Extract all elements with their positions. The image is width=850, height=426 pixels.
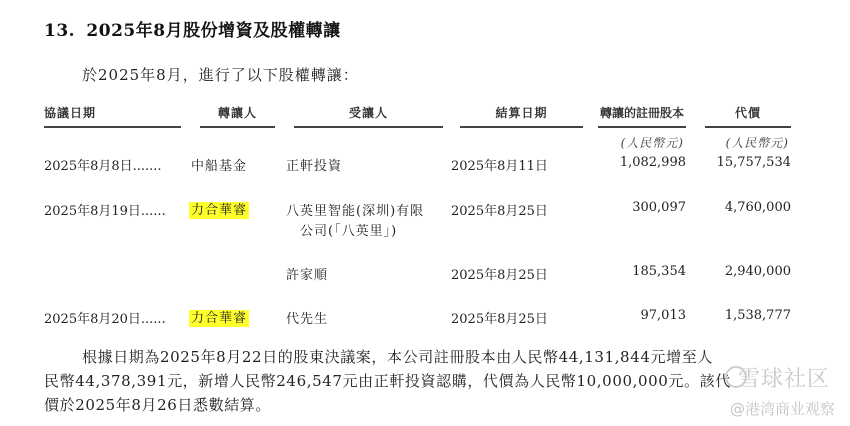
header-transferee: 受讓人 bbox=[294, 104, 443, 121]
watermark-brand: 雪球社区 bbox=[738, 362, 830, 393]
cell-capital: 185,354 bbox=[586, 264, 686, 279]
cell-settlement: 2025年8月25日 bbox=[451, 264, 548, 283]
header-rule bbox=[44, 126, 181, 128]
cell-transferee: 許家順 bbox=[286, 264, 328, 283]
cell-date: 2025年8月19日...... bbox=[44, 200, 166, 219]
cell-transferee: 正軒投資 bbox=[286, 155, 342, 174]
cell-transferor: 中船基金 bbox=[191, 155, 247, 174]
cell-settlement: 2025年8月25日 bbox=[451, 200, 548, 219]
cell-consideration: 4,760,000 bbox=[691, 200, 791, 215]
watermark-handle: @港湾商业观察 bbox=[730, 398, 835, 419]
cell-settlement: 2025年8月11日 bbox=[451, 155, 548, 174]
header-settlement-date: 結算日期 bbox=[460, 104, 583, 121]
cell-consideration: 15,757,534 bbox=[691, 155, 791, 170]
intro-text: 於2025年8月，進行了以下股權轉讓： bbox=[82, 64, 359, 85]
header-consideration: 代價 bbox=[705, 104, 791, 121]
cell-date: 2025年8月20日...... bbox=[44, 308, 166, 327]
cell-capital: 1,082,998 bbox=[586, 155, 686, 170]
paragraph-line-1: 根據日期為2025年8月22日的股東決議案，本公司註冊股本由人民幣44,131,… bbox=[82, 346, 713, 367]
section-title: 13. 2025年8月股份增資及股權轉讓 bbox=[44, 16, 341, 41]
unit-capital: (人民幣元) bbox=[598, 134, 684, 151]
header-agreement-date: 協議日期 bbox=[44, 104, 181, 121]
header-registered-capital: 轉讓的註冊股本 bbox=[598, 104, 686, 121]
header-rule bbox=[294, 126, 443, 128]
paragraph-line-2: 民幣44,378,391元，新增人民幣246,547元由正軒投資認購，代價為人民… bbox=[44, 370, 731, 391]
cell-transferee: 代先生 bbox=[286, 308, 328, 327]
cell-consideration: 1,538,777 bbox=[691, 308, 791, 323]
cell-transferor-highlighted: 力合華睿 bbox=[189, 310, 249, 327]
cell-transferee-line2: 公司(「八英里」) bbox=[300, 220, 397, 239]
cell-settlement: 2025年8月25日 bbox=[451, 308, 548, 327]
cell-capital: 97,013 bbox=[586, 308, 686, 323]
header-transferor: 轉讓人 bbox=[200, 104, 275, 121]
cell-transferor-highlighted: 力合華睿 bbox=[189, 202, 249, 219]
header-rule bbox=[705, 126, 791, 128]
paragraph-line-3: 價於2025年8月26日悉數結算。 bbox=[44, 394, 271, 415]
cell-capital: 300,097 bbox=[586, 200, 686, 215]
cell-transferee: 八英里智能(深圳)有限 bbox=[286, 200, 424, 219]
cell-consideration: 2,940,000 bbox=[691, 264, 791, 279]
header-rule bbox=[200, 126, 275, 128]
cell-date: 2025年8月8日....... bbox=[44, 155, 162, 174]
section-title-text: 2025年8月股份增資及股權轉讓 bbox=[86, 21, 340, 41]
header-rule bbox=[598, 126, 686, 128]
unit-consideration: (人民幣元) bbox=[705, 134, 789, 151]
header-rule bbox=[460, 126, 583, 128]
section-number: 13. bbox=[44, 21, 80, 41]
